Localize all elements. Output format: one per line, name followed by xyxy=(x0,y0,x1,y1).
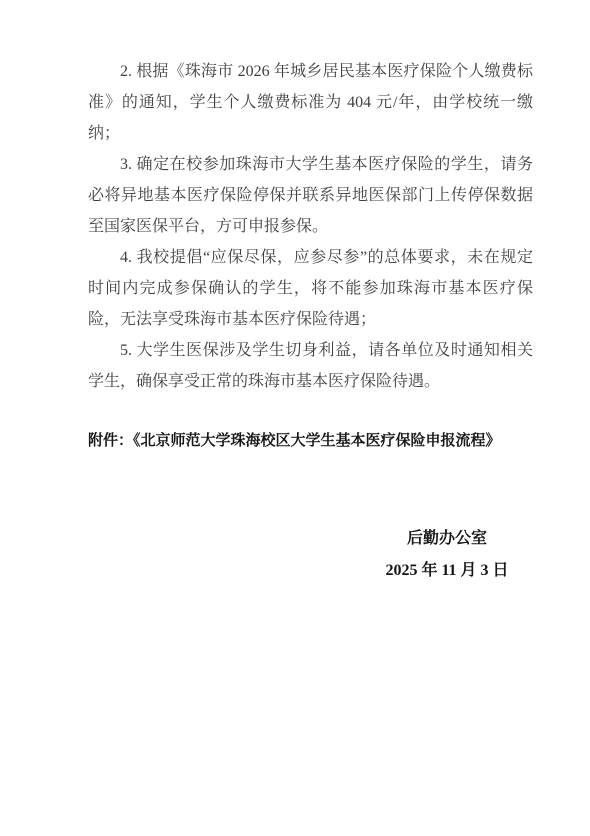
paragraph-item-2: 2. 根据《珠海市 2026 年城乡居民基本医疗保险个人缴费标准》的通知，学生个… xyxy=(88,56,533,149)
paragraph-item-5: 5. 大学生医保涉及学生切身利益，请各单位及时通知相关学生，确保享受正常的珠海市… xyxy=(88,335,533,397)
paragraph-item-4: 4. 我校提倡“应保尽保，应参尽参”的总体要求，未在规定时间内完成参保确认的学生… xyxy=(88,242,533,335)
attachment-line: 附件：《北京师范大学珠海校区大学生基本医疗保险申报流程》 xyxy=(88,426,533,457)
signature-date: 2025 年 11 月 3 日 xyxy=(361,555,533,587)
paragraph-item-3: 3. 确定在校参加珠海市大学生基本医疗保险的学生，请务必将异地基本医疗保险停保并… xyxy=(88,149,533,242)
document-body: 2. 根据《珠海市 2026 年城乡居民基本医疗保险个人缴费标准》的通知，学生个… xyxy=(88,56,533,397)
signature-block: 后勤办公室 2025 年 11 月 3 日 xyxy=(361,523,533,587)
document-page: 2. 根据《珠海市 2026 年城乡居民基本医疗保险个人缴费标准》的通知，学生个… xyxy=(0,0,590,836)
signature-department: 后勤办公室 xyxy=(361,523,533,555)
